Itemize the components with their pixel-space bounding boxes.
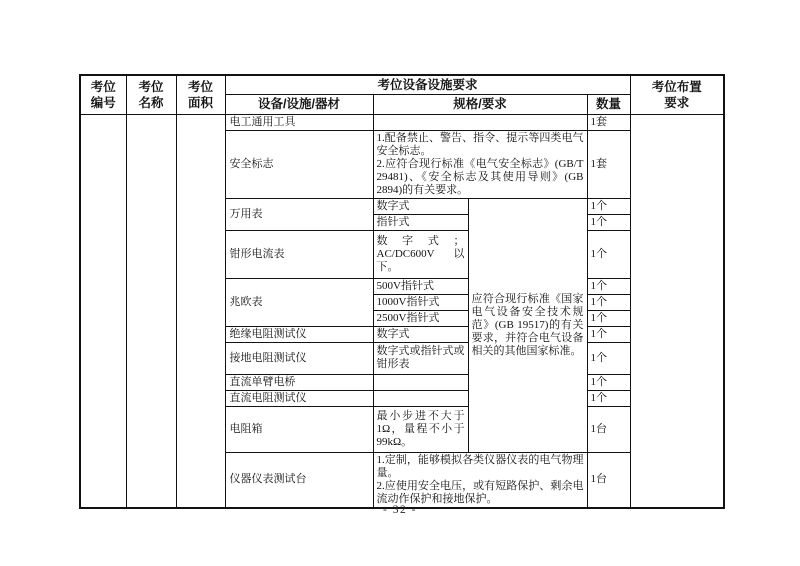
qty-cell-insulation-tester: 1个 [587, 326, 630, 342]
qty-cell-ground-tester: 1个 [587, 342, 630, 374]
device-cell-general-tools: 电工通用工具 [225, 114, 373, 130]
header-qty: 数量 [587, 94, 630, 114]
device-cell-multimeter: 万用表 [225, 198, 373, 230]
spec-cell-general-tools [373, 114, 587, 130]
qty-cell-general-tools: 1套 [587, 114, 630, 130]
device-cell-dc-resistance-tester: 直流电阻测试仪 [225, 390, 373, 406]
spec-cell-shared-standard: 应符合现行标准《国家电气设备安全技术规范》(GB 19517)的有关要求，并符合… [468, 198, 587, 452]
qty-cell-instrument-test-bench: 1台 [587, 452, 630, 508]
spec-cell-multimeter-digital: 数字式 [373, 198, 468, 214]
spec-cell-clamp-ammeter: 数字式；AC/DC600V 以下。 [373, 230, 468, 278]
device-cell-clamp-ammeter: 钳形电流表 [225, 230, 373, 278]
spec-cell-megohmmeter-2500v: 2500V指针式 [373, 310, 468, 326]
spec-cell-megohmmeter-500v: 500V指针式 [373, 278, 468, 294]
header-device: 设备/设施/器材 [225, 94, 373, 114]
qty-cell-megohmmeter-1000v: 1个 [587, 294, 630, 310]
page-number: - 32 - [0, 504, 800, 516]
spec-cell-instrument-test-bench: 1.定制，能够模拟各类仪器仪表的电气物理量。 2.应使用安全电压，或有短路保护、… [373, 452, 587, 508]
spec-cell-dc-bridge [373, 374, 468, 390]
qty-cell-dc-bridge: 1个 [587, 374, 630, 390]
qty-cell-multimeter-analog: 1个 [587, 214, 630, 230]
qty-cell-megohmmeter-2500v: 1个 [587, 310, 630, 326]
header-exam-name: 考位 名称 [126, 75, 176, 114]
header-spec: 规格/要求 [373, 94, 587, 114]
qty-cell-resistance-box: 1台 [587, 406, 630, 452]
device-cell-dc-bridge: 直流单臂电桥 [225, 374, 373, 390]
qty-cell-megohmmeter-500v: 1个 [587, 278, 630, 294]
cell-exam-no-empty [80, 114, 126, 508]
device-cell-safety-signs: 安全标志 [225, 130, 373, 198]
cell-exam-name-empty [126, 114, 176, 508]
spec-cell-megohmmeter-1000v: 1000V指针式 [373, 294, 468, 310]
qty-cell-safety-signs: 1套 [587, 130, 630, 198]
spec-cell-dc-resistance-tester [373, 390, 468, 406]
device-cell-instrument-test-bench: 仪器仪表测试台 [225, 452, 373, 508]
spec-cell-resistance-box: 最小步进不大于1Ω，量程不小于99kΩ。 [373, 406, 468, 452]
qty-cell-clamp-ammeter: 1个 [587, 230, 630, 278]
header-layout-requirements: 考位布置 要求 [630, 75, 724, 114]
cell-layout-req-empty [630, 114, 724, 508]
document-page: 考位 编号 考位 名称 考位 面积 考位设备设施要求 考位布置 要求 设备/设施… [0, 0, 800, 566]
spec-cell-ground-tester: 数字式或指针式或钳形表 [373, 342, 468, 374]
header-equipment-requirements: 考位设备设施要求 [225, 75, 630, 94]
device-cell-resistance-box: 电阻箱 [225, 406, 373, 452]
device-cell-ground-tester: 接地电阻测试仪 [225, 342, 373, 374]
device-cell-megohmmeter: 兆欧表 [225, 278, 373, 326]
equipment-requirements-table: 考位 编号 考位 名称 考位 面积 考位设备设施要求 考位布置 要求 设备/设施… [79, 74, 725, 509]
device-cell-insulation-tester: 绝缘电阻测试仪 [225, 326, 373, 342]
header-exam-area: 考位 面积 [176, 75, 225, 114]
spec-cell-multimeter-analog: 指针式 [373, 214, 468, 230]
spec-cell-insulation-tester: 数字式 [373, 326, 468, 342]
spec-cell-safety-signs: 1.配备禁止、警告、指令、提示等四类电气安全标志。 2.应符合现行标准《电气安全… [373, 130, 587, 198]
header-exam-no: 考位 编号 [80, 75, 126, 114]
qty-cell-multimeter-digital: 1个 [587, 198, 630, 214]
qty-cell-dc-resistance-tester: 1个 [587, 390, 630, 406]
cell-exam-area-empty [176, 114, 225, 508]
